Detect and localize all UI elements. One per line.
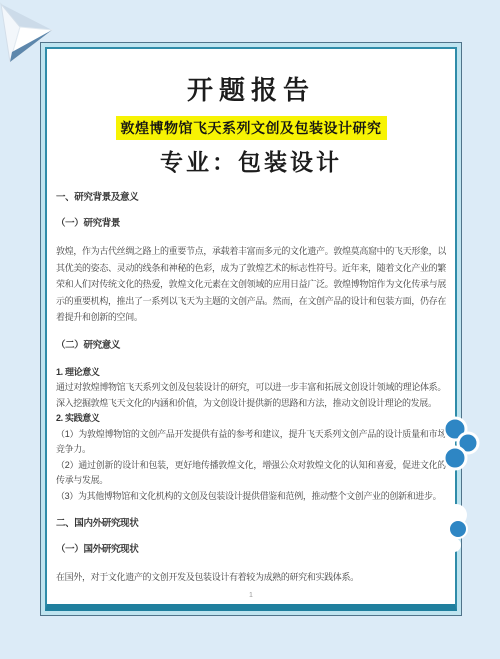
paragraph: 敦煌，作为古代丝绸之路上的重要节点，承载着丰富而多元的文化遗产。敦煌莫高窟中的飞… bbox=[56, 243, 446, 326]
section-heading: 一、研究背景及意义 bbox=[56, 191, 446, 204]
report-page: 开题报告 敦煌博物馆飞天系列文创及包装设计研究 专业：包装设计 一、研究背景及意… bbox=[45, 47, 457, 611]
document-blocks: 一、研究背景及意义（一）研究背景敦煌，作为古代丝绸之路上的重要节点，承载着丰富而… bbox=[47, 191, 455, 586]
section-heading: 二、国内外研究现状 bbox=[56, 517, 446, 530]
subtitle-row: 敦煌博物馆飞天系列文创及包装设计研究 bbox=[47, 116, 455, 140]
puzzle-piece-icon-small bbox=[445, 502, 479, 552]
paragraph: 在国外，对于文化遗产的文创开发及包装设计有着较为成熟的研究和实践体系。 bbox=[56, 569, 446, 586]
text-group: 1. 理论意义通过对敦煌博物馆飞天系列文创及包装设计的研究，可以进一步丰富和拓展… bbox=[56, 365, 446, 505]
text-line: 1. 理论意义 bbox=[56, 365, 446, 381]
text-line: （2）通过创新的设计和包装，更好地传播敦煌文化，增强公众对敦煌文化的认知和喜爱，… bbox=[56, 458, 446, 489]
page-title: 开题报告 bbox=[47, 75, 455, 107]
section-heading: （一）国外研究现状 bbox=[56, 543, 446, 556]
text-line: （1）为敦煌博物馆的文创产品开发提供有益的参考和建议，提升飞天系列文创产品的设计… bbox=[56, 427, 446, 458]
highlighted-subtitle: 敦煌博物馆飞天系列文创及包装设计研究 bbox=[116, 116, 387, 140]
text-line: 通过对敦煌博物馆飞天系列文创及包装设计的研究，可以进一步丰富和拓展文创设计领域的… bbox=[56, 380, 446, 411]
page-number: 1 bbox=[47, 592, 455, 599]
paper-plane-icon bbox=[0, 0, 54, 68]
report-page-frame: 开题报告 敦煌博物馆飞天系列文创及包装设计研究 专业：包装设计 一、研究背景及意… bbox=[40, 42, 462, 616]
section-heading: （一）研究背景 bbox=[56, 217, 446, 230]
screenshot-canvas: 开题报告 敦煌博物馆飞天系列文创及包装设计研究 专业：包装设计 一、研究背景及意… bbox=[0, 0, 500, 659]
text-line: 2. 实践意义 bbox=[56, 411, 446, 427]
section-heading: （二）研究意义 bbox=[56, 339, 446, 352]
text-line: （3）为其他博物馆和文化机构的文创及包装设计提供借鉴和范例，推动整个文创产业的创… bbox=[56, 489, 446, 505]
puzzle-piece-icon bbox=[444, 416, 484, 472]
major-line: 专业：包装设计 bbox=[47, 148, 455, 178]
